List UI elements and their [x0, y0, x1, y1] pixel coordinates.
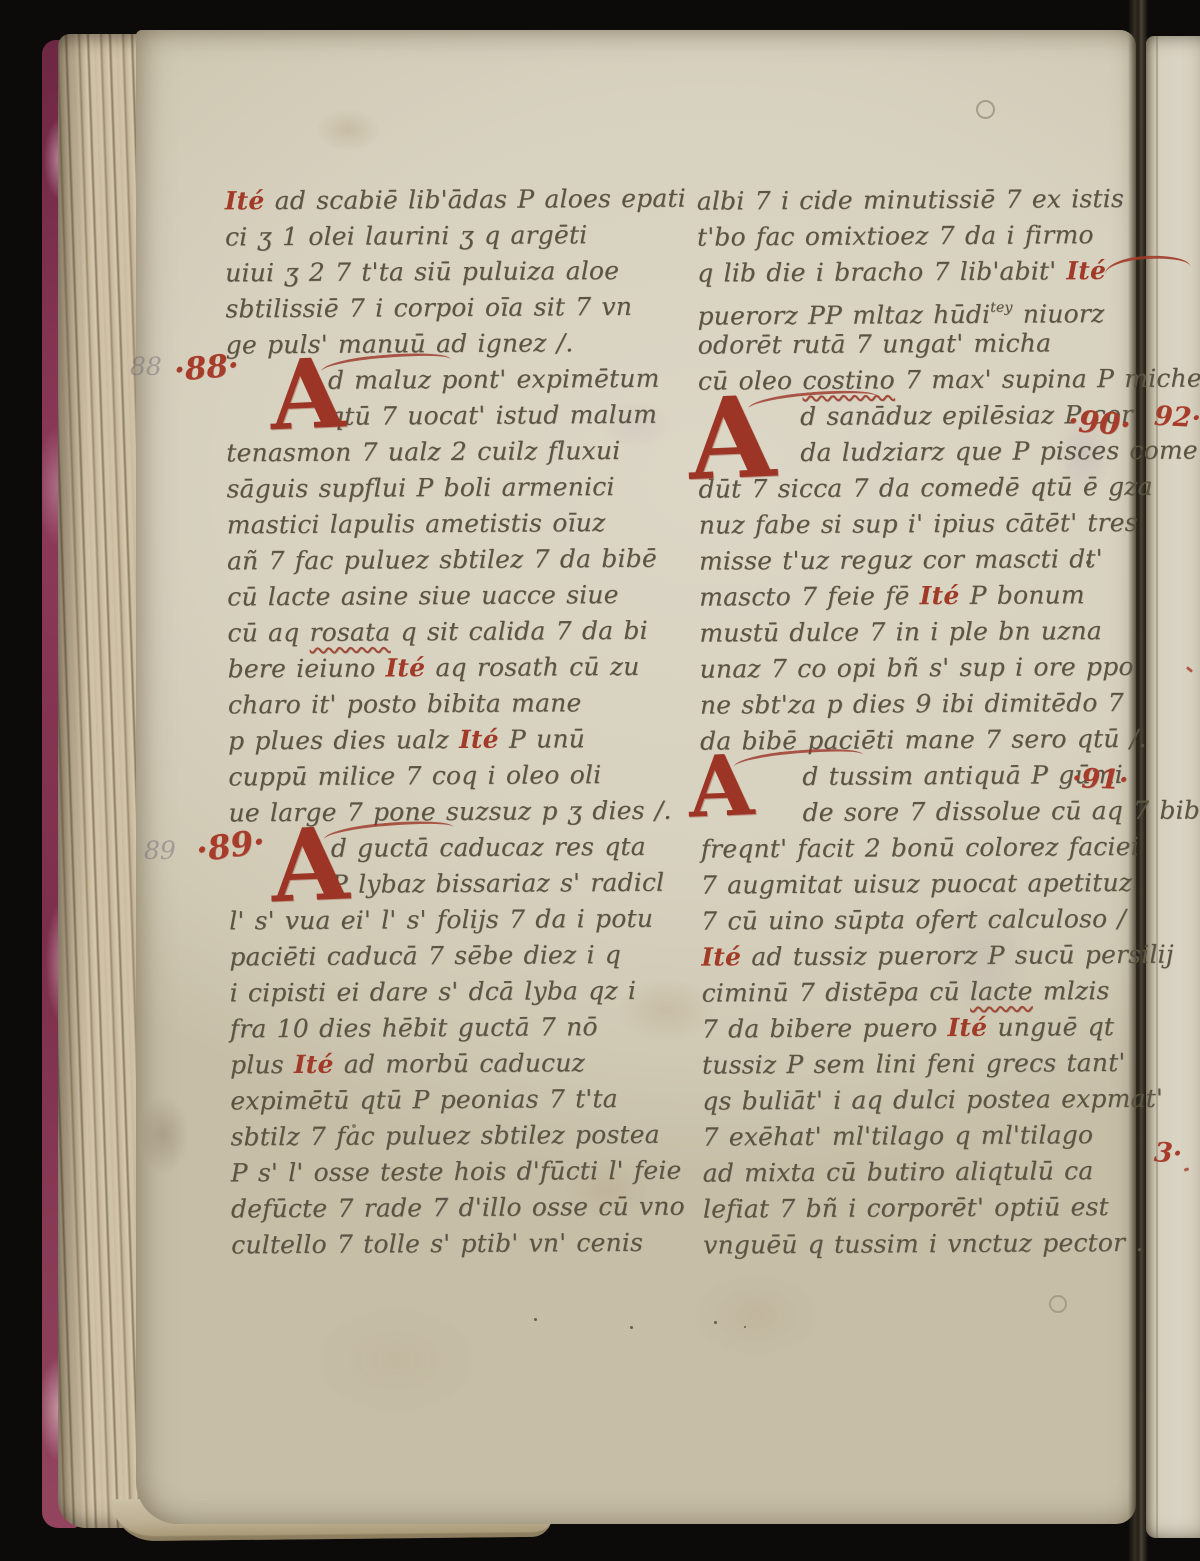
- text-column-left: Ité ad scabiē lib'ādas P aloes epatici ʒ…: [225, 181, 693, 1264]
- text-line: P s' l' osse teste hois d'fūcti l' feie: [231, 1153, 692, 1192]
- manuscript-text: ad morbū caducuz: [334, 1048, 585, 1079]
- text-line: vnguēū q tussim i vnctuz pector .: [703, 1224, 1200, 1263]
- manuscript-text: qs buliāt' i aq dulci postea expmat': [702, 1084, 1163, 1116]
- text-line: expimētū qtū P peonias 7 t'ta: [230, 1081, 691, 1120]
- manuscript-text: 7 exēhat' ml'tilago q ml'tilago: [702, 1120, 1093, 1151]
- manuscript-text: sāguis supflui P boli armenici: [226, 472, 614, 503]
- text-line: plus Ité ad morbū caducuz: [230, 1045, 691, 1084]
- manuscript-text: da ludziarz que P pisces come: [800, 436, 1198, 467]
- manuscript-text: expimētū qtū P peonias 7 t'ta: [230, 1084, 618, 1115]
- manuscript-text: P bonum: [959, 580, 1084, 610]
- rubric-mark: Ité: [225, 186, 265, 215]
- manuscript-text: cultello 7 tolle s' ptib' vn' cenis: [231, 1228, 643, 1260]
- chapter-number: ·91·: [1071, 763, 1128, 796]
- manuscript-text: ciminū 7 distēpa cū: [702, 977, 970, 1008]
- illuminated-initial: A: [268, 349, 346, 440]
- text-line: añ 7 fac puluez sbtilez 7 da bibē: [227, 541, 688, 580]
- manuscript-text: odorēt rutā 7 ungat' micha: [698, 328, 1052, 359]
- rubric-mark: Ité: [947, 1013, 987, 1042]
- manuscript-text: tey: [990, 300, 1013, 316]
- wormhole-mark: [1049, 1295, 1067, 1313]
- text-line: ad mixta cū butiro aliqtulū ca: [703, 1152, 1200, 1191]
- manuscript-text: cuppū milice 7 coq i oleo oli: [228, 760, 601, 791]
- text-line: charo it' posto bibita mane: [228, 685, 689, 724]
- manuscript-text: mascto 7 feie fē: [699, 581, 920, 611]
- text-line: Ité ad scabiē lib'ādas P aloes epati: [225, 181, 686, 220]
- manuscript-text: albi 7 i cide minutissiē 7 ex istis: [697, 184, 1124, 216]
- manuscript-text: i cipisti ei dare s' dcā lyba qz i: [230, 976, 637, 1007]
- manuscript-text: 7 max' supina P michel: [895, 363, 1200, 394]
- manuscript-photo: { "palette":{ "background":"#0c0b09", "p…: [0, 0, 1200, 1561]
- manuscript-text: ad mixta cū butiro aliqtulū ca: [703, 1156, 1094, 1187]
- text-line: mascto 7 feie fē Ité P bonum: [699, 576, 1200, 615]
- text-line: sbtilz 7 fac puluez sbtilez postea: [230, 1117, 691, 1156]
- text-line: p plues dies ualz Ité P unū: [228, 721, 689, 760]
- text-line: ciminū 7 distēpa cū lacte mlzis: [702, 972, 1200, 1011]
- text-line: fra 10 dies hēbit guctā 7 nō: [230, 1009, 691, 1048]
- manuscript-text: nuz fabe si sup i' ipius cātēt' tres: [699, 508, 1138, 540]
- manuscript-text: P unū: [499, 724, 585, 754]
- text-line: cultello 7 tolle s' ptib' vn' cenis: [231, 1225, 692, 1264]
- manuscript-text: defūcte 7 rade 7 d'illo osse cū vno: [231, 1192, 685, 1224]
- manuscript-text: rosata: [309, 617, 390, 646]
- chapter-number: ·90·: [1067, 404, 1132, 443]
- text-line: de sore 7 dissolue cū aq 7 bibe: [700, 792, 1200, 831]
- manuscript-text: t'bo fac omixtioez 7 da i firmo: [697, 220, 1094, 251]
- manuscript-text: P lybaz bissariaz s' radicl: [331, 868, 665, 899]
- manuscript-text: lefiat 7 bñ i corporēt' optiū est: [703, 1192, 1109, 1223]
- manuscript-text: unaz 7 co opi bñ s' sup i ore ppo: [700, 652, 1134, 684]
- text-line: puerorz PP mltaz hūditey niuorz: [697, 288, 1200, 327]
- manuscript-text: mastici lapulis ametistis oīuz: [227, 508, 606, 539]
- manuscript-text: vnguēū q tussim i vnctuz pector .: [703, 1228, 1144, 1260]
- manuscript-text: tussiz P sem lini feni grecs tant': [702, 1048, 1126, 1080]
- manuscript-text: de sore 7 dissolue cū aq 7 bibe: [802, 795, 1200, 827]
- manuscript-text: misse t'uz reguz cor mascti dt': [699, 544, 1103, 575]
- manuscript-text: plus: [230, 1050, 294, 1079]
- manuscript-text: 7 augmitat uisuz puocat apetituz: [701, 868, 1132, 900]
- text-line: paciēti caducā 7 sēbe diez i q: [229, 937, 690, 976]
- manuscript-text: ne sbt'za p dies 9 ibi dimitēdo 7: [700, 688, 1124, 720]
- text-line: cuppū milice 7 coq i oleo oli: [228, 757, 689, 796]
- text-line: odorēt rutā 7 ungat' micha: [698, 324, 1200, 363]
- rubric-mark: Ité: [385, 653, 425, 682]
- manuscript-text: sbtilz 7 fac puluez sbtilez postea: [230, 1120, 659, 1152]
- ghost-number: 89: [144, 836, 176, 865]
- rubric-mark: Ité: [294, 1050, 334, 1079]
- manuscript-text: ad scabiē lib'ādas P aloes epati: [264, 184, 686, 216]
- manuscript-text: 7 cū uino sūpta ofert calculoso /: [701, 904, 1126, 936]
- text-column-right: albi 7 i cide minutissiē 7 ex istist'bo …: [697, 180, 1200, 1263]
- text-line: i cipisti ei dare s' dcā lyba qz i: [230, 973, 691, 1012]
- text-line: tussiz P sem lini feni grecs tant': [702, 1044, 1200, 1083]
- text-line: misse t'uz reguz cor mascti dt': [699, 540, 1200, 579]
- manuscript-text: niuorz: [1013, 299, 1105, 329]
- text-line: cū aq rosata q sit calida 7 da bi: [227, 613, 688, 652]
- manuscript-text: mustū dulce 7 in i ple bn uzna: [699, 616, 1102, 647]
- text-line: mustū dulce 7 in i ple bn uzna: [699, 612, 1200, 651]
- page-stack-fore-edge: [58, 34, 144, 1528]
- text-line: Ité ad tussiz puerorz P sucū persilij: [701, 936, 1200, 975]
- text-line: 7 augmitat uisuz puocat apetituz: [701, 864, 1200, 903]
- text-line: uiui ʒ 2 7 t'ta siū puluiza aloe: [225, 253, 686, 292]
- manuscript-text: P s' l' osse teste hois d'fūcti l' feie: [231, 1156, 682, 1188]
- manuscript-text: mlzis: [1033, 976, 1110, 1005]
- text-line: freqnt' facit 2 bonū colorez faciei: [701, 828, 1200, 867]
- text-line: ci ʒ 1 olei laurini ʒ q argēti: [225, 217, 686, 256]
- text-line: q lib die i bracho 7 lib'abit' Ité: [697, 252, 1200, 291]
- manuscript-text: lacte: [970, 977, 1033, 1006]
- manuscript-text: q lib die i bracho 7 lib'abit': [697, 256, 1066, 287]
- wormhole-mark: [976, 100, 995, 119]
- manuscript-text: 7 da bibere puero: [702, 1013, 948, 1044]
- manuscript-text: cū aq: [227, 618, 309, 648]
- text-line: 7 da bibere puero Ité unguē qt: [702, 1008, 1200, 1047]
- text-line: mastici lapulis ametistis oīuz: [227, 505, 688, 544]
- manuscript-text: cū lacte asine siue uacce siue: [227, 580, 619, 611]
- text-line: sbtilissiē 7 i corpoi oīa sit 7 vn: [225, 289, 686, 328]
- text-line: 7 cū uino sūpta ofert calculoso /: [701, 900, 1200, 939]
- rubric-mark: Ité: [1066, 256, 1106, 285]
- manuscript-text: charo it' posto bibita mane: [228, 688, 582, 719]
- manuscript-text: unguē qt: [987, 1012, 1114, 1042]
- manuscript-text: p plues dies ualz: [228, 725, 459, 755]
- text-line: nuz fabe si sup i' ipius cātēt' tres: [699, 504, 1200, 543]
- manuscript-text: uiui ʒ 2 7 t'ta siū puluiza aloe: [225, 256, 619, 287]
- ghost-number: 88: [130, 352, 162, 381]
- manuscript-text: bere ieiuno: [228, 653, 386, 683]
- manuscript-text: sbtilissiē 7 i corpoi oīa sit 7 vn: [225, 292, 632, 323]
- text-line: lefiat 7 bñ i corporēt' optiū est: [703, 1188, 1200, 1227]
- rubric-mark: Ité: [459, 725, 499, 754]
- manuscript-text: da bibē paciēti mane 7 sero qtū /.: [700, 724, 1147, 756]
- open-book: Ité ad scabiē lib'ādas P aloes epatici ʒ…: [0, 0, 1200, 1561]
- manuscript-text: ad tussiz puerorz P sucū persilij: [741, 940, 1174, 972]
- ink-speck: [534, 1318, 537, 1321]
- chapter-number: ·88·: [173, 347, 241, 389]
- text-line: ne sbt'za p dies 9 ibi dimitēdo 7: [700, 684, 1200, 723]
- manuscript-text: freqnt' facit 2 bonū colorez faciei: [701, 832, 1139, 864]
- illuminated-initial: A: [686, 386, 777, 493]
- manuscript-text: paciēti caducā 7 sēbe diez i q: [229, 940, 621, 971]
- manuscript-text: añ 7 fac puluez sbtilez 7 da bibē: [227, 544, 657, 576]
- text-line: bere ieiuno Ité aq rosath cū zu: [228, 649, 689, 688]
- ink-speck: [630, 1326, 633, 1329]
- manuscript-text: aq rosath cū zu: [425, 652, 639, 682]
- text-line: unaz 7 co opi bñ s' sup i ore ppo: [700, 648, 1200, 687]
- manuscript-text: q sit calida 7 da bi: [390, 616, 648, 647]
- rubric-mark: Ité: [920, 581, 960, 610]
- ink-speck: [714, 1321, 717, 1324]
- manuscript-text: ci ʒ 1 olei laurini ʒ q argēti: [225, 220, 588, 251]
- manuscript-text: fra 10 dies hēbit guctā 7 nō: [230, 1012, 598, 1043]
- ink-speck: [744, 1326, 746, 1328]
- text-line: defūcte 7 rade 7 d'illo osse cū vno: [231, 1189, 692, 1228]
- illuminated-initial: A: [687, 746, 755, 826]
- text-line: albi 7 i cide minutissiē 7 ex istis: [697, 180, 1200, 219]
- illuminated-initial: A: [269, 817, 350, 912]
- rubric-mark: Ité: [701, 942, 741, 971]
- text-line: qs buliāt' i aq dulci postea expmat': [702, 1080, 1200, 1119]
- text-line: t'bo fac omixtioez 7 da i firmo: [697, 216, 1200, 255]
- text-line: 7 exēhat' ml'tilago q ml'tilago: [702, 1116, 1200, 1155]
- manuscript-text: qtū 7 uocat' istud malum: [328, 400, 657, 431]
- text-line: sāguis supflui P boli armenici: [226, 469, 687, 508]
- text-line: cū lacte asine siue uacce siue: [227, 577, 688, 616]
